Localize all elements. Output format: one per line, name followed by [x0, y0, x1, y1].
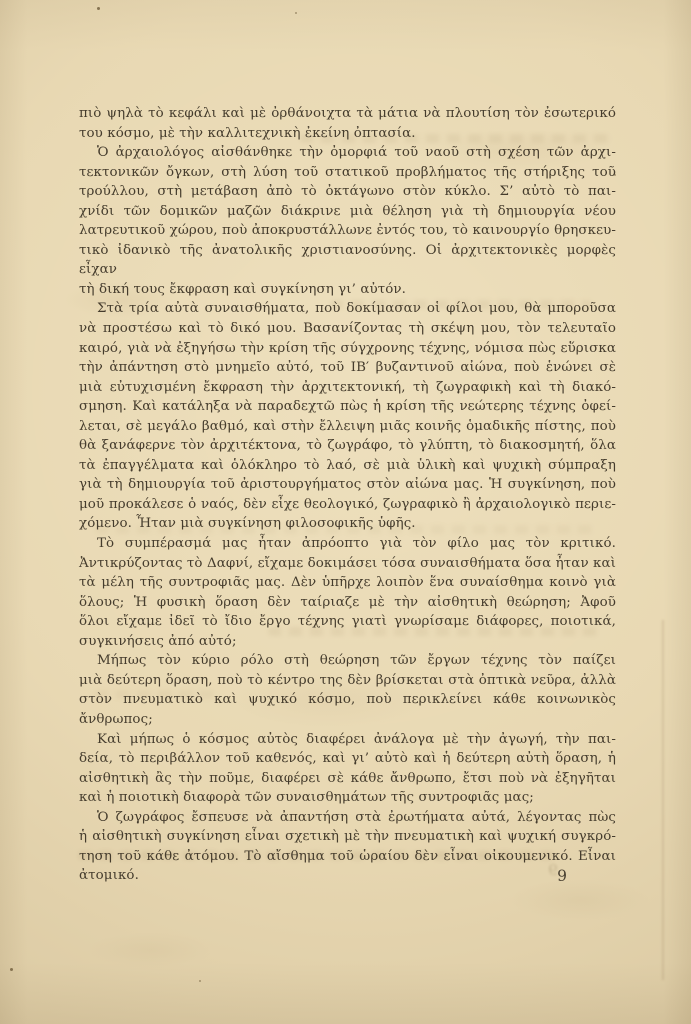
text-line: τρούλλου, στὴ μετάβαση ἀπὸ τὸ ὀκτάγωνο σ…: [79, 182, 616, 202]
text-line: τὰ μέλη τῆς συντροφιᾶς μας. Δὲν ὑπῆρχε λ…: [79, 573, 616, 593]
text-line: καιρό, γιὰ νὰ ἐξηγήσω τὴν κρίση τῆς σύγχ…: [79, 339, 616, 359]
ink-speck: [10, 968, 13, 971]
text-line: καὶ ἡ ποιοτικὴ διαφορὰ τῶν συναισθημάτων…: [79, 788, 616, 808]
text-line: ἡ αἰσθητικὴ συγκίνηση εἶναι σχετικὴ μὲ τ…: [79, 827, 616, 847]
text-line: του κόσμο, μὲ τὴν καλλιτεχνικὴ ἐκείνη ὀπ…: [79, 124, 616, 144]
text-block: πιὸ ψηλὰ τὸ κεφάλι καὶ μὲ ὀρθάνοιχτα τὰ …: [79, 104, 616, 886]
text-line: Ὁ ἀρχαιολόγος αἰσθάνθηκε τὴν ὀμορφιά τοῦ…: [79, 143, 616, 163]
scanned-page-sheet: πιὸ ψηλὰ τὸ κεφάλι καὶ μὲ ὀρθάνοιχτα τὰ …: [0, 0, 691, 1024]
text-line: τὰ ἐπαγγέλματα καὶ ὁλόκληρο τὸ λαό, σὲ μ…: [79, 456, 616, 476]
ink-speck: [97, 7, 100, 10]
text-line: γιὰ τὴ δημιουργία τοῦ ἀριστουργήματος στ…: [79, 475, 616, 495]
paragraph: Τὸ συμπέρασμά μας ἦταν ἀπρόοπτο γιὰ τὸν …: [79, 534, 616, 651]
paragraph: Μήπως τὸν κύριο ρόλο στὴ θεώρηση τῶν ἔργ…: [79, 651, 616, 729]
text-line: στὸν πνευματικὸ καὶ ψυχικό κόσμο, ποὺ πε…: [79, 690, 616, 729]
text-line: μιὰ εὐτυχισμένη ἔκφραση τὴν ἀρχιτεκτονικ…: [79, 378, 616, 398]
text-line: τικὸ ἰδανικὸ τῆς ἀνατολικῆς χριστιανοσύν…: [79, 241, 616, 280]
text-line: τὴ δική τους ἔκφραση καὶ συγκίνηση γι’ α…: [79, 280, 616, 300]
text-line: ἀτομικό.: [79, 866, 616, 886]
text-line: τηση τοῦ κάθε ἀτόμου. Τὸ αἴσθημα τοῦ ὡρα…: [79, 847, 616, 867]
text-line: Ἀντικρύζοντας τὸ Δαφνί, εἴχαμε δοκιμάσει…: [79, 554, 616, 574]
text-line: μοῦ προκάλεσε ὁ ναός, δὲν εἶχε θεολογικό…: [79, 495, 616, 515]
text-line: πιὸ ψηλὰ τὸ κεφάλι καὶ μὲ ὀρθάνοιχτα τὰ …: [79, 104, 616, 124]
text-line: συγκινήσεις ἀπό αὐτό;: [79, 632, 616, 652]
ink-speck: [295, 12, 297, 14]
paragraph: Στὰ τρία αὐτὰ συναισθήματα, ποὺ δοκίμασα…: [79, 299, 616, 534]
paragraph: Ὁ ζωγράφος ἔσπευσε νὰ ἀπαντήση στὰ ἐρωτή…: [79, 808, 616, 886]
text-line: μιὰ δεύτερη ὅραση, ποὺ τὸ κέντρο της δὲν…: [79, 671, 616, 691]
text-line: Καὶ μήπως ὁ κόσμος αὐτὸς διαφέρει ἀνάλογ…: [79, 730, 616, 750]
paragraph: Ὁ ἀρχαιολόγος αἰσθάνθηκε τὴν ὀμορφιά τοῦ…: [79, 143, 616, 299]
text-line: δεία, τὸ περιβάλλον τοῦ καθενός, καὶ γι’…: [79, 749, 616, 769]
text-line: τεκτονικῶν ὄγκων, στὴ λύση τοῦ στατικοῦ …: [79, 163, 616, 183]
text-line: Ὁ ζωγράφος ἔσπευσε νὰ ἀπαντήση στὰ ἐρωτή…: [79, 808, 616, 828]
text-line: Τὸ συμπέρασμά μας ἦταν ἀπρόοπτο γιὰ τὸν …: [79, 534, 616, 554]
text-line: θὰ ξανάφερνε τὸν ἀρχιτέκτονα, τὸ ζωγράφο…: [79, 436, 616, 456]
text-line: λατρευτικοῦ χώρου, ποὺ ἀποκρυστάλλωνε ἐν…: [79, 221, 616, 241]
text-line: σμηση. Καὶ κατάληξα νὰ παραδεχτῶ πὼς ἡ κ…: [79, 397, 616, 417]
text-line: νὰ προστέσω καὶ τὸ δικό μου. Βασανίζοντα…: [79, 319, 616, 339]
text-line: ὅλους; Ἡ φυσικὴ ὅραση δὲν ταίριαζε μὲ τὴ…: [79, 593, 616, 613]
text-line: χνίδι τῶν δομικῶν μαζῶν διάκρινε μιὰ θέλ…: [79, 202, 616, 222]
page-number: 9: [547, 867, 577, 885]
text-line: αἰσθητικὴ ἂς τὴν ποῦμε, διαφέρει σὲ κάθε…: [79, 769, 616, 789]
text-line: ὅλοι εἴχαμε ἰδεῖ τὸ ἴδιο ἔργο τέχνης για…: [79, 612, 616, 632]
paragraph: Καὶ μήπως ὁ κόσμος αὐτὸς διαφέρει ἀνάλογ…: [79, 730, 616, 808]
text-line: Μήπως τὸν κύριο ρόλο στὴ θεώρηση τῶν ἔργ…: [79, 651, 616, 671]
paper-fold-shadow: [662, 620, 664, 980]
text-line: λεται, σὲ μεγάλο βαθμό, καὶ στὴν ἔλλειψη…: [79, 417, 616, 437]
ink-speck: [199, 980, 201, 982]
paragraph: πιὸ ψηλὰ τὸ κεφάλι καὶ μὲ ὀρθάνοιχτα τὰ …: [79, 104, 616, 143]
text-line: τὴν ἀπάντηση στὸ μνημεῖο αὐτό, τοῦ ΙΒ′ β…: [79, 358, 616, 378]
text-line: χόμενο. Ἦταν μιὰ συγκίνηση φιλοσοφικῆς ὑ…: [79, 514, 616, 534]
text-line: Στὰ τρία αὐτὰ συναισθήματα, ποὺ δοκίμασα…: [79, 299, 616, 319]
